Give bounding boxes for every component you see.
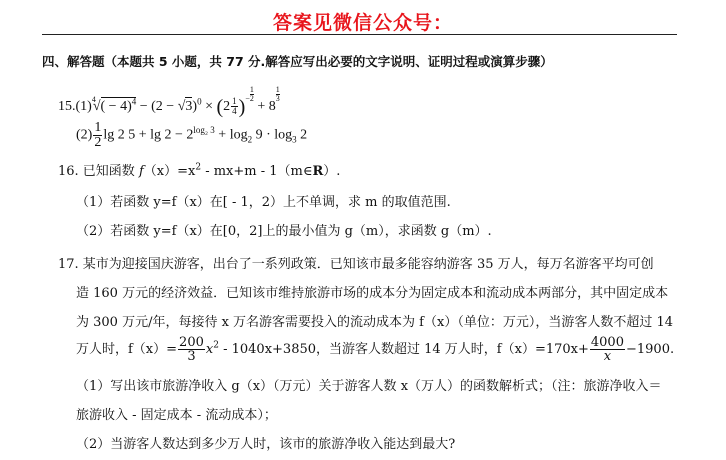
stem-text: - mx+m - 1（m∈ <box>201 164 312 179</box>
document-page: 答案见微信公众号： 四、解答题（本题共 5 小题，共 77 分.解答应写出必要的… <box>0 0 726 460</box>
fraction-4000-x: 4000x <box>590 336 625 363</box>
third-exponent: 13 <box>276 86 280 103</box>
term: + 8 <box>254 99 276 114</box>
numerator: 4000 <box>590 336 625 350</box>
q16-stem: 16. 已知函数 f（x）=x2 - mx+m - 1（m∈R）. <box>58 160 340 179</box>
term: × <box>202 99 217 114</box>
stem-text: −1900. <box>626 342 674 357</box>
mixed-fraction: 14 <box>231 97 238 116</box>
fraction-200-3: 2003 <box>178 336 205 363</box>
q17-part2: （2）当游客人数达到多少万人时，该市的旅游净收入能达到最大? <box>76 433 455 452</box>
stem-text: 16. 已知函数 <box>58 164 139 179</box>
header-rule <box>42 34 677 35</box>
radicand: ( − 4)4 <box>101 97 137 114</box>
q17-part1: （1）写出该市旅游净收入 g（x）（万元）关于游客人数 x（万人）的函数解析式；… <box>76 375 662 394</box>
q16-part2: （2）若函数 y=f（x）在[0，2]上的最小值为 g（m），求函数 g（m）. <box>76 220 492 239</box>
term: lg 2 5 + lg 2 − 2 <box>103 128 193 143</box>
denominator: x <box>590 350 625 363</box>
q15-part2: (2)12lg 2 5 + lg 2 − 2log₂ 3 + log2 9 · … <box>76 121 307 150</box>
term: 2 <box>297 128 308 143</box>
q17-line2: 造 160 万元的经济效益．已知该市维持旅游市场的成本分为固定成本和流动成本两部… <box>76 282 668 301</box>
q17-line1: 17. 某市为迎接国庆游客，出台了一系列政策．已知该市最多能容纳游客 35 万人… <box>58 253 654 272</box>
root-index: 4 <box>92 95 96 104</box>
exponent: log₂ 3 <box>193 125 214 135</box>
q17-line4: 万人时，f（x）=2003x2 - 1040x+3850，当游客人数超过 14 … <box>76 336 674 363</box>
stem-text: - 1040x+3850，当游客人数超过 14 万人时，f（x）=170x+ <box>219 342 589 357</box>
term: − (2 − <box>136 99 177 114</box>
denominator: 3 <box>276 95 280 103</box>
stem-text: ）. <box>323 164 340 179</box>
answer-banner: 答案见微信公众号： <box>0 8 726 35</box>
q16-part1: （1）若函数 y=f（x）在[ - 1，2）上不单调，求 m 的取值范围. <box>76 191 451 210</box>
q17-part1-cont: 旅游收入 - 固定成本 - 流动成本）； <box>76 404 277 423</box>
radicand-base: ( − 4) <box>101 99 132 114</box>
real-set: R <box>312 164 323 179</box>
denominator: 3 <box>178 350 205 363</box>
part-label: (2) <box>76 128 92 143</box>
denominator: 2 <box>93 136 102 150</box>
numerator: 1 <box>93 121 102 136</box>
half-fraction: 12 <box>93 121 102 150</box>
term: 9 · log <box>252 128 292 143</box>
question-number: 15. <box>58 99 76 114</box>
denominator: 4 <box>231 107 238 116</box>
neg-half-exponent: −12 <box>245 86 254 103</box>
part-label: (1) <box>76 99 92 114</box>
term: + log <box>215 128 248 143</box>
q17-line3: 为 300 万元/年，每接待 x 万名游客需要投入的流动成本为 f（x）（单位：… <box>76 311 673 330</box>
mixed-whole: 2 <box>223 99 230 114</box>
stem-text: （x）=x <box>144 164 196 179</box>
section-title: 四、解答题（本题共 5 小题，共 77 分.解答应写出必要的文字说明、证明过程或… <box>42 52 553 70</box>
q15-part1: 15.(1)4√( − 4)4 − (2 − √3)0 × (214)−12 +… <box>58 86 280 119</box>
numerator: 200 <box>178 336 205 350</box>
stem-text: 万人时，f（x）= <box>76 342 177 357</box>
